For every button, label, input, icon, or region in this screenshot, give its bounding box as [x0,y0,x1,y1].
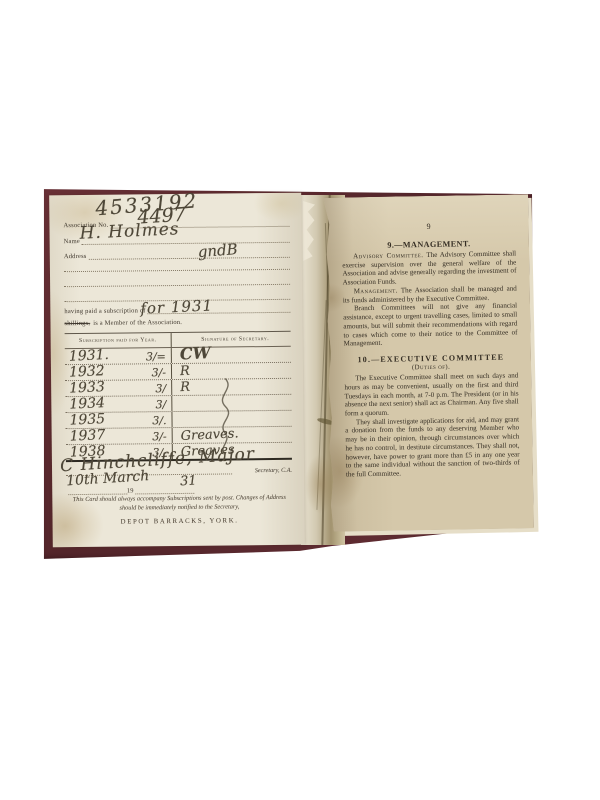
address-blank-line [64,269,290,272]
torn-page-stub [303,201,315,261]
paragraph-branch-committees: Branch Committees will not give any fina… [343,302,518,349]
dotted-rule [110,219,289,229]
year-value: 1934 [65,395,105,413]
paragraph-text: Branch Committees will not give any fina… [343,302,517,348]
handwritten-subscription-year: for 1931 [140,296,213,317]
secretary-signature-row: Secretary, C.A. C Hinchcliffe, Major [66,461,292,463]
printed-content: 9 9.—MANAGEMENT. Advisory Committee.The … [323,194,534,532]
handwritten-date-year: 31 [180,473,197,489]
amount-value: 3/ [155,382,171,395]
depot-address: DEPOT BARRACKS, YORK. [69,517,291,526]
name-label: Name [64,238,80,245]
year-header-cell: Subscription paid for Year. [65,333,172,348]
dotted-rule [88,250,289,260]
secretary-signature-scribble: R [180,364,190,379]
printed-rules-page: 9 9.—MANAGEMENT. Advisory Committee.The … [323,194,534,532]
subscription-line2: shillings, is a Member of the Associatio… [64,318,290,327]
secretary-signature-scribble: R [180,380,190,395]
struck-word-shillings: shillings, [64,320,90,327]
year-value: 1933 [65,379,105,397]
amount-value: 3/= [146,350,171,363]
card-content: 4533192 4497 H. Holmes gndB Association … [49,193,305,548]
association-no-label: Association No. [63,222,108,229]
name-field: Name [64,235,290,245]
secretary-signature-scribble: CW [179,343,211,363]
year-value: 1935 [65,411,105,429]
paragraph-lead: Advisory Committee. [353,251,423,260]
address-label: Address [64,253,87,260]
subscription-line2-text: is a Member of the Association. [93,319,182,327]
subscription-line1-text: having paid a subscription of [64,307,145,315]
amount-value: 3/- [152,366,172,379]
page-number: 9 [342,220,516,232]
col2-header: Signature of Secretary. [201,336,269,343]
address-field: Address [64,250,290,260]
col1-header: Subscription paid for Year. [79,337,157,344]
paragraph-text: The Executive Committee shall meet on su… [344,372,518,418]
paragraph-text: They shall investigate applications for … [345,415,520,478]
paragraph-executive-meetings: The Executive Committee shall meet on su… [344,372,519,419]
paragraph-advisory-committee: Advisory Committee.The Advisory Committe… [342,249,517,287]
amount-value: 3/. [152,414,171,427]
membership-booklet: 4533192 4497 H. Holmes gndB Association … [38,182,534,560]
association-no-field: Association No. [63,219,289,229]
amount-value: 3/- [152,430,172,443]
secretary-signature-scribble: Greaves. [180,426,239,444]
year-value: 1932 [65,363,105,381]
year-value: 1937 [65,427,105,445]
address-blank-line [64,284,290,287]
paragraph-lead: Management. [354,286,398,295]
card-footer-note: This Card should always accompany Subscr… [68,493,290,514]
stain [305,454,335,514]
secretary-printed-label: Secretary, C.A. [255,467,292,474]
photo-stage: 4533192 4497 H. Holmes gndB Association … [0,0,600,800]
paragraph-executive-grants: They shall investigate applications for … [345,415,520,479]
subscription-table: Subscription paid for Year. Signature of… [65,331,292,462]
dotted-rule [82,235,290,245]
amount-value: 3/ [156,398,172,411]
section-9-title: 9.—MANAGEMENT. [342,238,516,250]
subscription-card-page: 4533192 4497 H. Holmes gndB Association … [49,193,305,548]
